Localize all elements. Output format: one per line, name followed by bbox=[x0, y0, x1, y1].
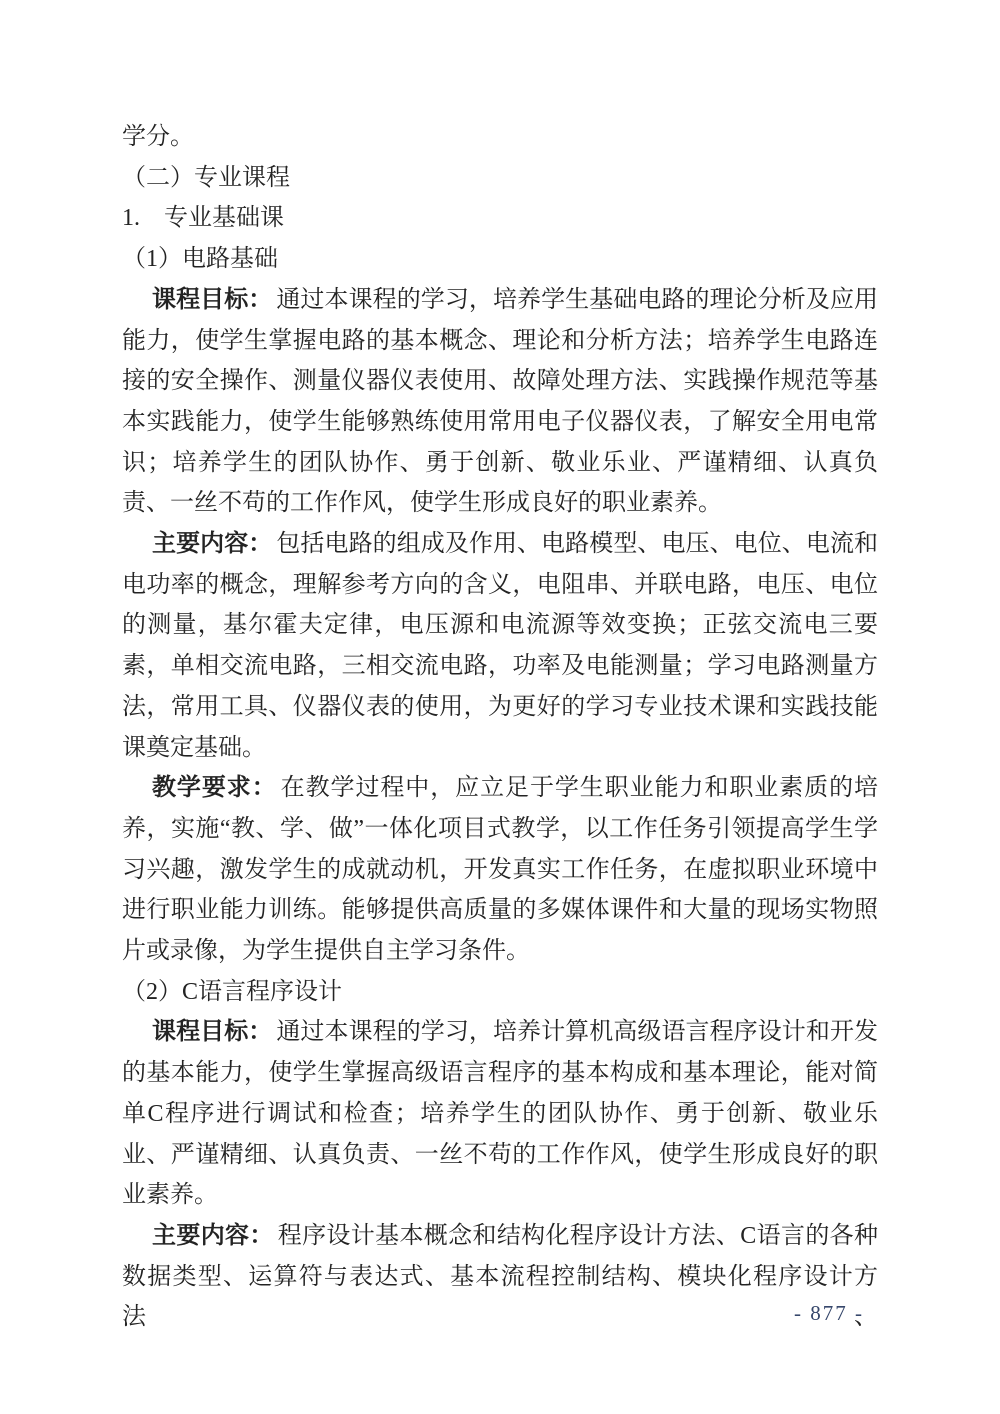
course-objectives-label: 课程目标： bbox=[152, 287, 272, 313]
page-body: 学分。 （二）专业课程 1. 专业基础课 （1）电路基础 课程目标：通过本课程的… bbox=[122, 117, 878, 1338]
section-heading: （二）专业课程 bbox=[122, 158, 878, 199]
course-teaching-label: 教学要求： bbox=[152, 775, 277, 801]
course-content-label: 主要内容： bbox=[152, 531, 272, 557]
course-content-label: 主要内容： bbox=[152, 1223, 274, 1249]
course-2-title: （2）C语言程序设计 bbox=[122, 972, 878, 1013]
course-objectives-text: 通过本课程的学习，培养计算机高级语言程序设计和开发的基本能力，使学生掌握高级语言… bbox=[122, 1019, 878, 1208]
course-2-main-content: 主要内容：程序设计基本概念和结构化程序设计方法、C语言的各种数据类型、运算符与表… bbox=[122, 1216, 878, 1338]
page-number: - 877 - bbox=[794, 1301, 864, 1326]
course-content-text: 包括电路的组成及作用、电路模型、电压、电位、电流和电功率的概念，理解参考方向的含… bbox=[122, 531, 878, 761]
course-1-main-content: 主要内容：包括电路的组成及作用、电路模型、电压、电位、电流和电功率的概念，理解参… bbox=[122, 524, 878, 768]
continuation-line: 学分。 bbox=[122, 117, 878, 158]
course-objectives-text: 通过本课程的学习，培养学生基础电路的理论分析及应用能力，使学生掌握电路的基本概念… bbox=[122, 287, 878, 517]
course-teaching-text: 在教学过程中，应立足于学生职业能力和职业素质的培养，实施“教、学、做”一体化项目… bbox=[122, 775, 878, 964]
subsection-heading: 1. 专业基础课 bbox=[122, 198, 878, 239]
course-1-objectives: 课程目标：通过本课程的学习，培养学生基础电路的理论分析及应用能力，使学生掌握电路… bbox=[122, 280, 878, 524]
course-1-teaching-requirements: 教学要求：在教学过程中，应立足于学生职业能力和职业素质的培养，实施“教、学、做”… bbox=[122, 768, 878, 972]
course-2-objectives: 课程目标：通过本课程的学习，培养计算机高级语言程序设计和开发的基本能力，使学生掌… bbox=[122, 1012, 878, 1216]
course-1-title: （1）电路基础 bbox=[122, 239, 878, 280]
document-page: 学分。 （二）专业课程 1. 专业基础课 （1）电路基础 课程目标：通过本课程的… bbox=[0, 0, 1000, 1414]
course-objectives-label: 课程目标： bbox=[152, 1019, 272, 1045]
